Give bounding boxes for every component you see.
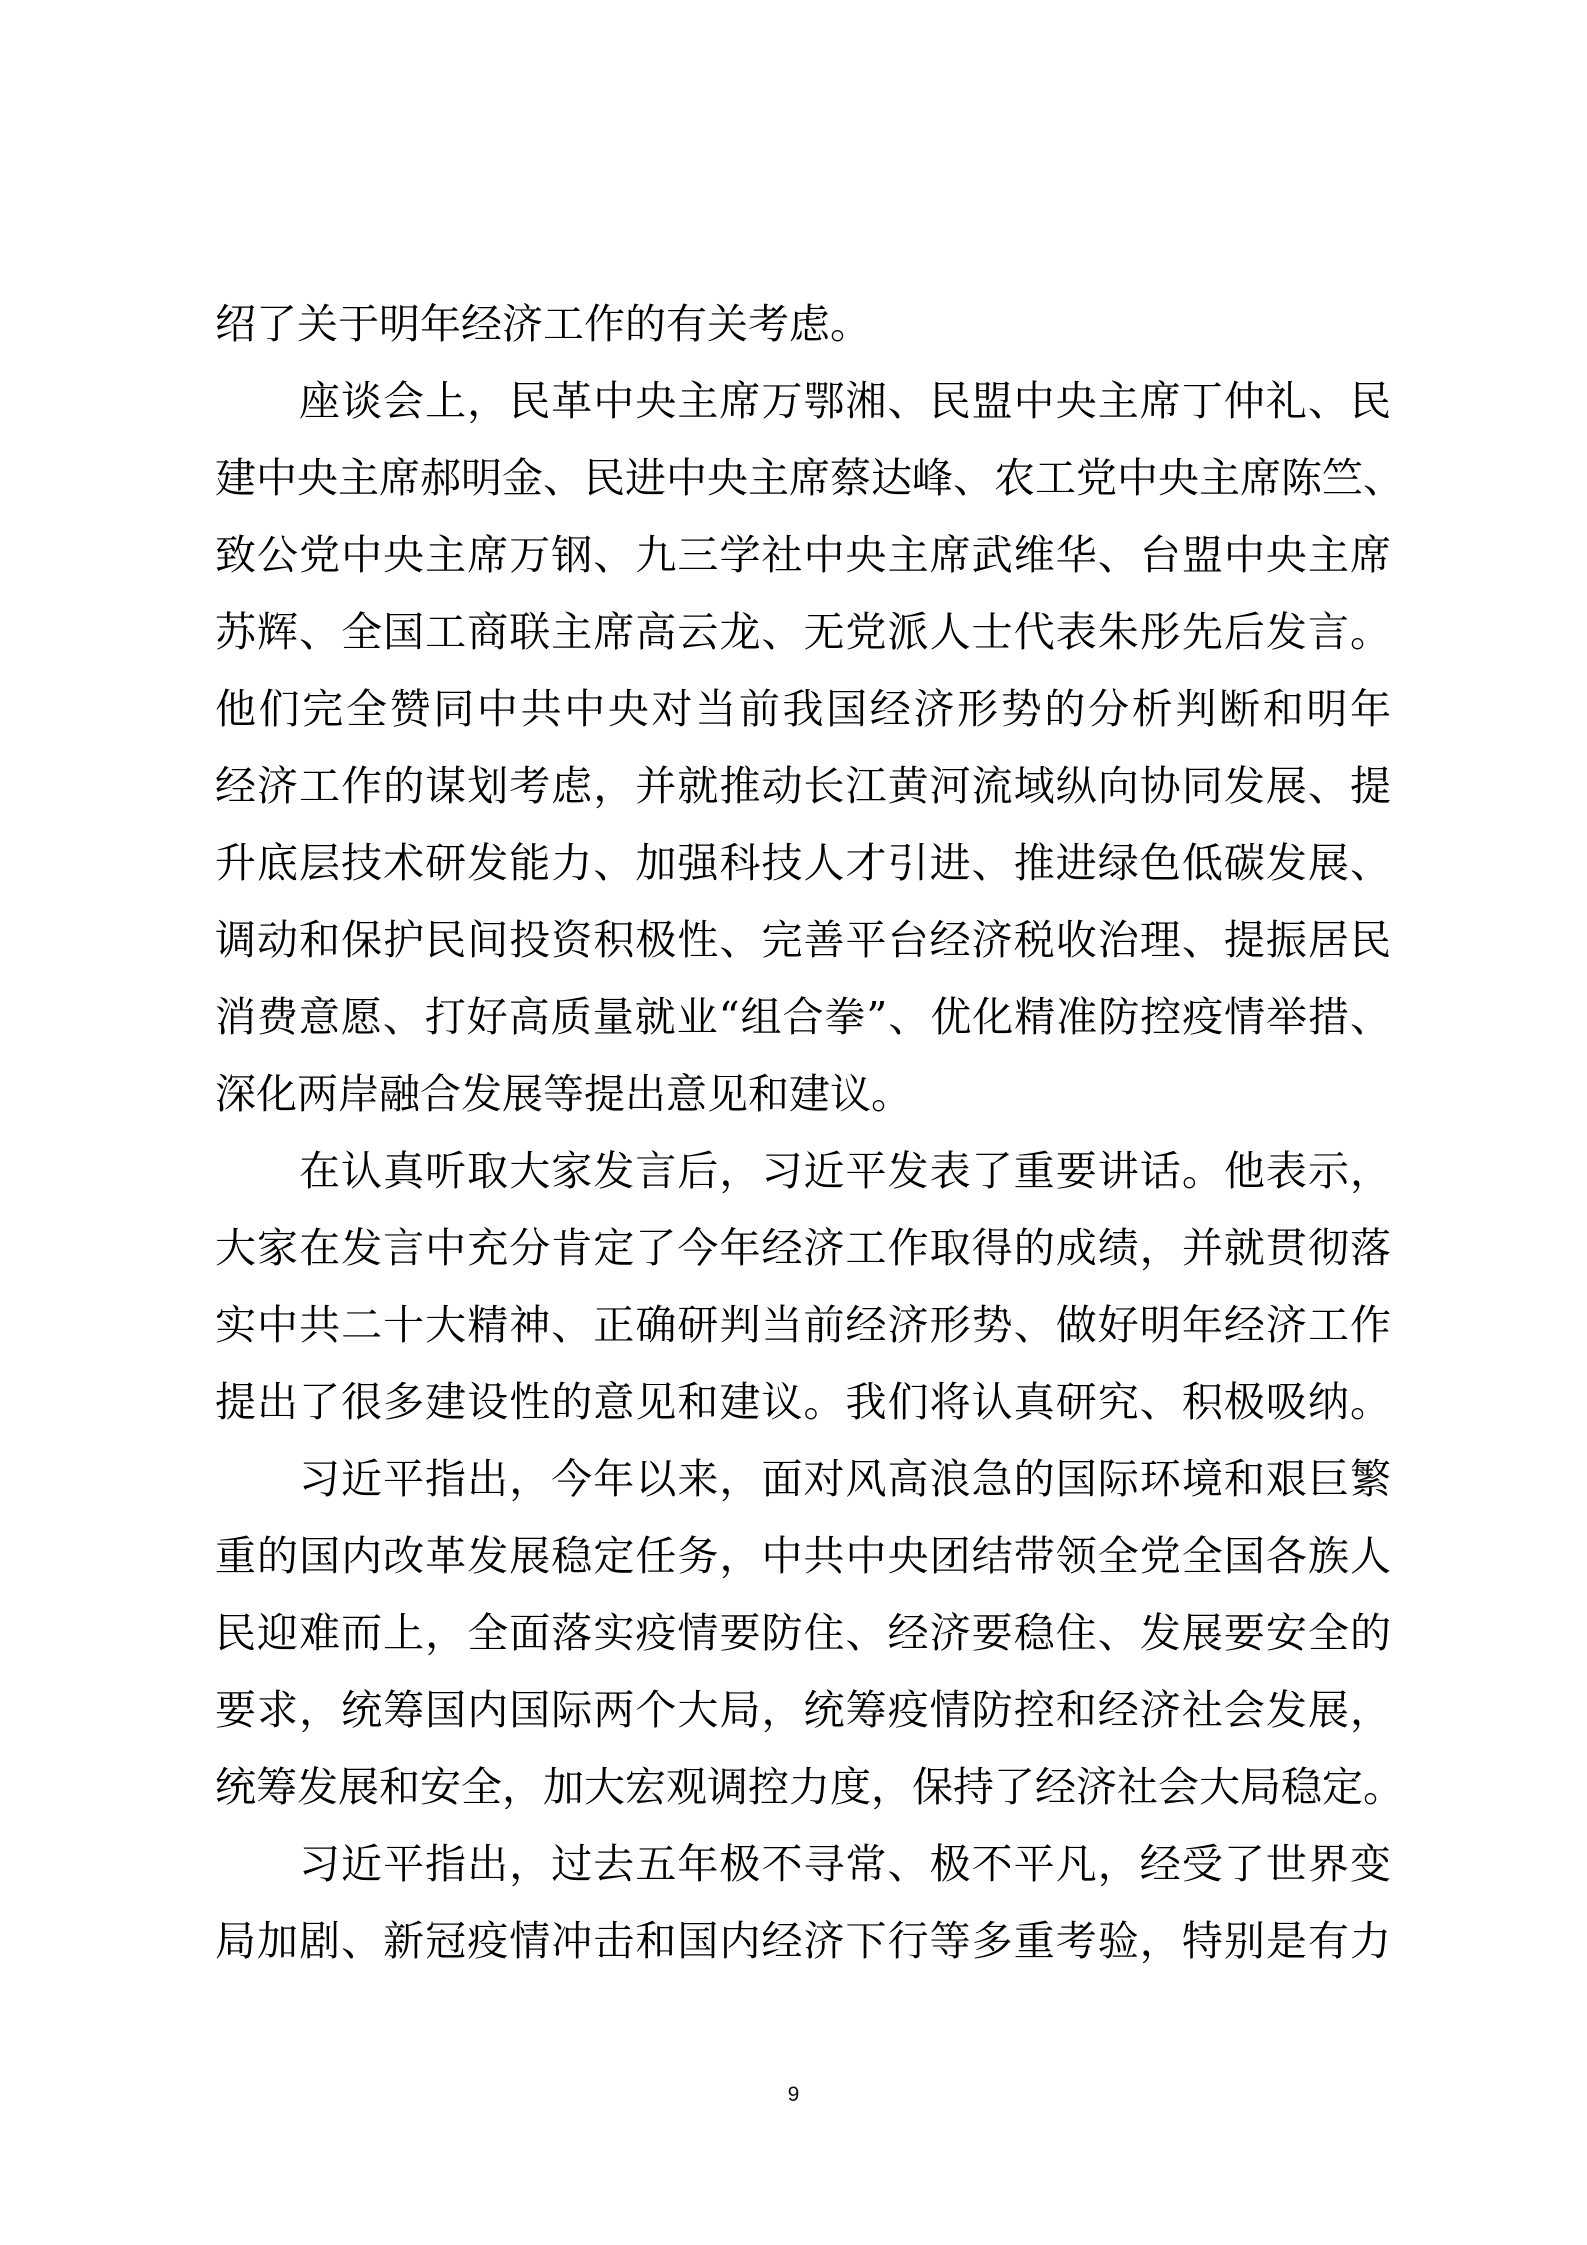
text-line: 苏辉、全国工商联主席高云龙、无党派人士代表朱彤先后发言。 — [215, 594, 1391, 671]
document-body: 绍了关于明年经济工作的有关考虑。 座谈会上，民革中央主席万鄂湘、民盟中央主席丁仲… — [215, 286, 1391, 1980]
text-line: 升底层技术研发能力、加强科技人才引进、推进绿色低碳发展、 — [215, 825, 1391, 902]
text-line: 座谈会上，民革中央主席万鄂湘、民盟中央主席丁仲礼、民 — [215, 363, 1391, 440]
text-line: 调动和保护民间投资积极性、完善平台经济税收治理、提振居民 — [215, 902, 1391, 979]
document-page: 绍了关于明年经济工作的有关考虑。 座谈会上，民革中央主席万鄂湘、民盟中央主席丁仲… — [0, 0, 1587, 2245]
text-line: 重的国内改革发展稳定任务，中共中央团结带领全党全国各族人 — [215, 1518, 1391, 1595]
text-line: 深化两岸融合发展等提出意见和建议。 — [215, 1056, 1391, 1133]
page-number: 9 — [0, 2083, 1587, 2107]
text-line: 提出了很多建设性的意见和建议。我们将认真研究、积极吸纳。 — [215, 1364, 1391, 1441]
text-line: 民迎难而上，全面落实疫情要防住、经济要稳住、发展要安全的 — [215, 1595, 1391, 1672]
text-line: 要求，统筹国内国际两个大局，统筹疫情防控和经济社会发展， — [215, 1672, 1391, 1749]
text-line: 经济工作的谋划考虑，并就推动长江黄河流域纵向协同发展、提 — [215, 748, 1391, 825]
text-line: 习近平指出，今年以来，面对风高浪急的国际环境和艰巨繁 — [215, 1441, 1391, 1518]
text-line: 统筹发展和安全，加大宏观调控力度，保持了经济社会大局稳定。 — [215, 1749, 1391, 1826]
text-line: 在认真听取大家发言后，习近平发表了重要讲话。他表示， — [215, 1133, 1391, 1210]
text-line: 建中央主席郝明金、民进中央主席蔡达峰、农工党中央主席陈竺、 — [215, 440, 1391, 517]
text-line: 绍了关于明年经济工作的有关考虑。 — [215, 286, 1391, 363]
text-line: 局加剧、新冠疫情冲击和国内经济下行等多重考验，特别是有力 — [215, 1903, 1391, 1980]
text-line: 致公党中央主席万钢、九三学社中央主席武维华、台盟中央主席 — [215, 517, 1391, 594]
text-line: 实中共二十大精神、正确研判当前经济形势、做好明年经济工作 — [215, 1287, 1391, 1364]
text-line: 习近平指出，过去五年极不寻常、极不平凡，经受了世界变 — [215, 1826, 1391, 1903]
text-line: 大家在发言中充分肯定了今年经济工作取得的成绩，并就贯彻落 — [215, 1210, 1391, 1287]
text-line: 消费意愿、打好高质量就业“组合拳”、优化精准防控疫情举措、 — [215, 979, 1391, 1056]
text-line: 他们完全赞同中共中央对当前我国经济形势的分析判断和明年 — [215, 671, 1391, 748]
